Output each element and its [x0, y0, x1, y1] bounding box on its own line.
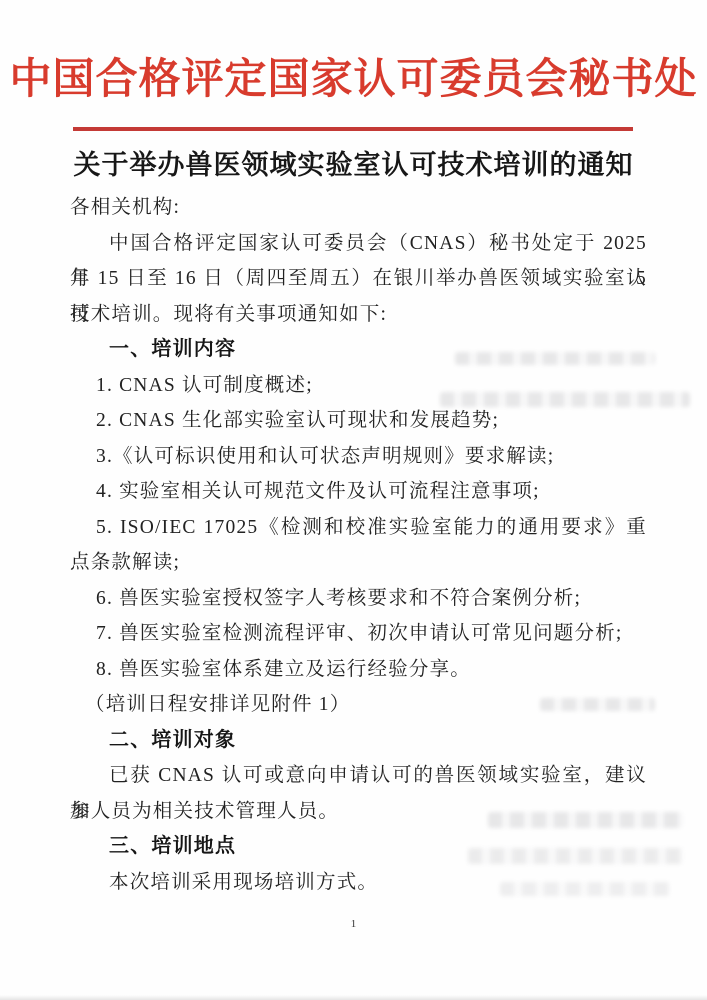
letterhead-org-name: 中国合格评定国家认可委员会秘书处 [0, 52, 707, 108]
attachment-note: （培训日程安排详见附件 1） [70, 687, 647, 723]
paragraph-line: 月 15 日至 16 日（周四至周五）在银川举办兽医领域实验室认可 [70, 261, 647, 297]
list-item-3: 3.《认可标识使用和认可状态声明规则》要求解读; [70, 439, 647, 475]
page-number: 1 [0, 918, 707, 930]
paragraph-line: 已获 CNAS 认可或意向申请认可的兽医领域实验室，建议参 [70, 758, 647, 794]
list-item-5: 5. ISO/IEC 17025《检测和校准实验室能力的通用要求》重 [70, 510, 647, 546]
list-item-1: 1. CNAS 认可制度概述; [70, 368, 647, 404]
paragraph-line: 本次培训采用现场培训方式。 [70, 865, 647, 901]
list-item-2: 2. CNAS 生化部实验室认可现状和发展趋势; [70, 403, 647, 439]
list-item-5-cont: 点条款解读; [70, 545, 647, 581]
section-heading-2: 二、培训对象 [70, 723, 647, 759]
section-heading-3: 三、培训地点 [70, 829, 647, 865]
paragraph-line: 加人员为相关技术管理人员。 [70, 794, 647, 830]
scan-edge-shadow [0, 995, 707, 1000]
salutation: 各相关机构: [70, 190, 647, 226]
letterhead-rule [73, 127, 633, 131]
scanned-document-page: 中国合格评定国家认可委员会秘书处 关于举办兽医领域实验室认可技术培训的通知 各相… [0, 0, 707, 1000]
section-heading-1: 一、培训内容 [70, 332, 647, 368]
paragraph-line: 中国合格评定国家认可委员会（CNAS）秘书处定于 2025 年 5 [70, 226, 647, 262]
document-body: 各相关机构: 中国合格评定国家认可委员会（CNAS）秘书处定于 2025 年 5… [70, 190, 647, 900]
list-item-4: 4. 实验室相关认可规范文件及认可流程注意事项; [70, 474, 647, 510]
paragraph-line: 技术培训。现将有关事项通知如下: [70, 297, 647, 333]
list-item-6: 6. 兽医实验室授权签字人考核要求和不符合案例分析; [70, 581, 647, 617]
list-item-8: 8. 兽医实验室体系建立及运行经验分享。 [70, 652, 647, 688]
list-item-7: 7. 兽医实验室检测流程评审、初次申请认可常见问题分析; [70, 616, 647, 652]
document-title: 关于举办兽医领域实验室认可技术培训的通知 [0, 146, 707, 184]
